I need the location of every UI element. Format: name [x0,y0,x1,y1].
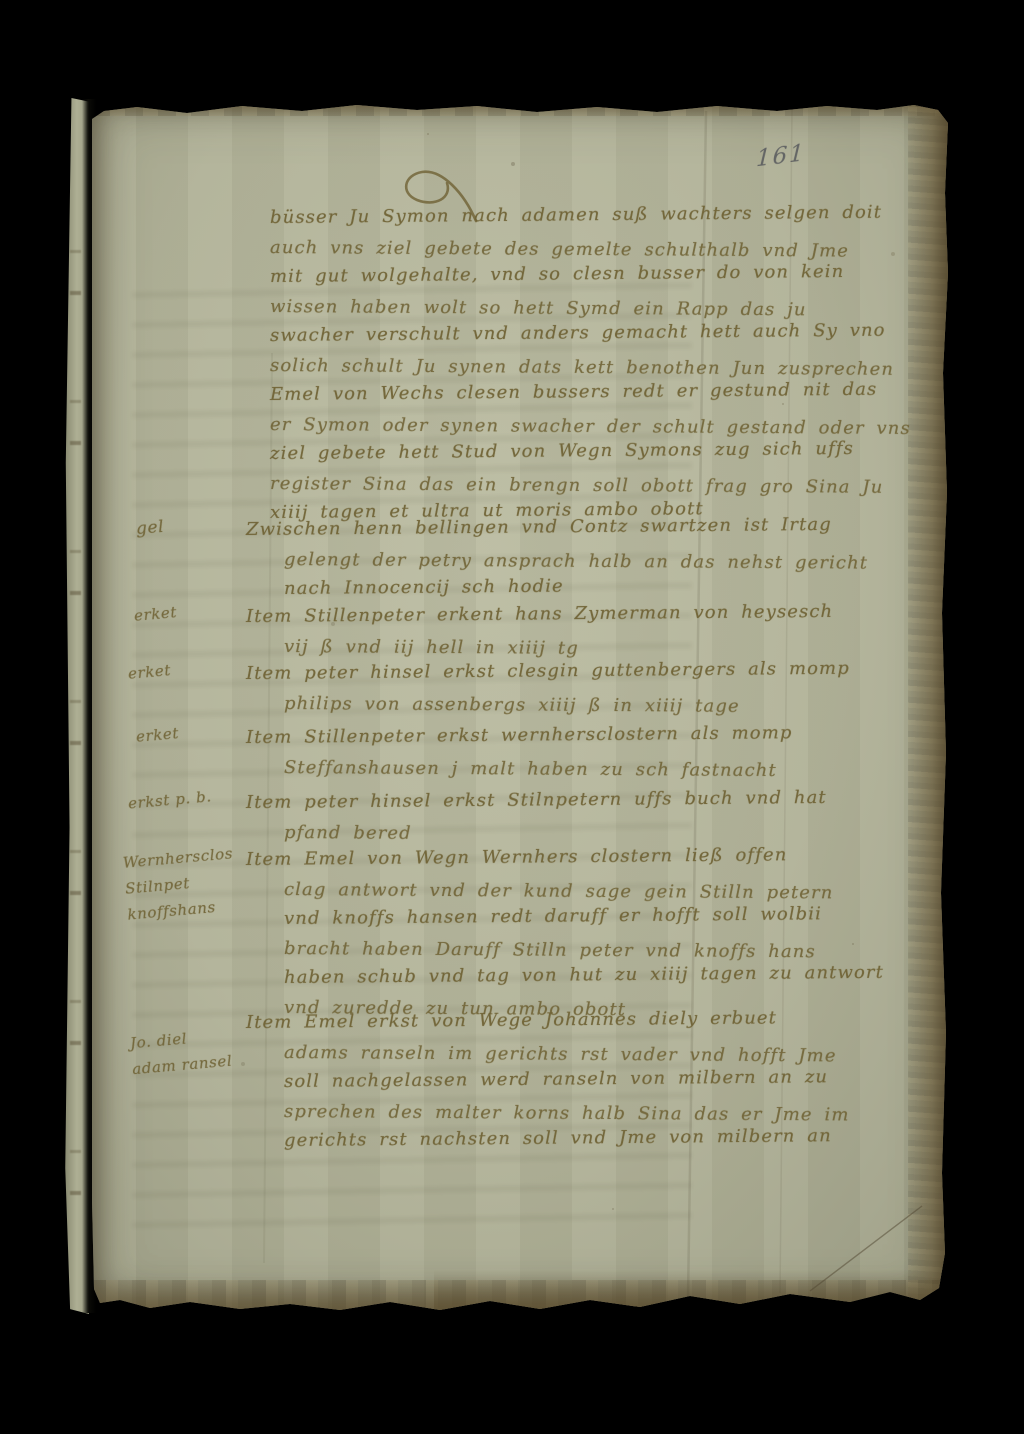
margin-note: erket [135,720,180,750]
handwritten-line: Item peter hinsel erkst Stilnpetern uffs… [246,783,827,817]
handwritten-line: Item Stillenpeter erkst wernhersclostern… [246,718,793,752]
margin-note: erket [127,657,172,687]
handwritten-line: ziel gebete hett Stud von Wegn Symons zu… [270,433,911,468]
margin-note-line: erket [127,657,172,687]
handwritten-line: Item peter hinsel erkst clesgin guttenbe… [246,654,850,688]
manuscript-section: Item Emel von Wegn Wernhers clostern lie… [270,845,884,1022]
book-page: 161 büsser Ju Symon nach adamen suß wach… [92,103,948,1310]
handwritten-line: Item Emel von Wegn Wernhers clostern lie… [246,839,884,874]
handwritten-line: Emel von Wechs clesen bussers redt er ge… [270,374,911,409]
margin-note-line: erket [135,720,180,750]
handwritten-line: haben schub vnd tag von hut zu xiiij tag… [284,958,884,992]
manuscript-section: Zwischen henn bellingen vnd Contz swartz… [270,515,868,603]
manuscript-section: büsser Ju Symon nach adamen suß wachters… [270,203,911,527]
handwritten-line: Zwischen henn bellingen vnd Contz swartz… [246,510,868,544]
handwritten-line: büsser Ju Symon nach adamen suß wachters… [270,197,911,232]
handwritten-line: vnd knoffs hansen redt daruff er hofft s… [284,899,884,933]
handwritten-line: soll nachgelassen werd ranseln von milbe… [284,1062,850,1096]
margin-note: erkst p. b. [127,783,213,816]
margin-note: WernhersclosStilnpetknoffshans [122,840,239,927]
manuscript-section: Item Stillenpeter erkent hans Zymerman v… [270,602,833,661]
handwritten-line: philips von assenbergs xiiij ß in xiiij … [284,689,850,721]
handwritten-line: mit gut wolgehalte, vnd so clesn busser … [270,256,911,291]
manuscript-section: Item peter hinsel erkst clesgin guttenbe… [270,659,850,718]
handwritten-line: gerichts rst nachsten soll vnd Jme von m… [284,1121,850,1155]
handwritten-line: Steffanshausen j malt haben zu sch fastn… [284,753,793,785]
margin-note: gel [135,514,165,542]
margin-note: erket [133,599,178,629]
margin-note: Jo. dieladam ransel [129,1022,233,1083]
margin-note-line: erkst p. b. [127,783,213,816]
handwritten-line: swacher verschult vnd anders gemacht het… [270,315,911,350]
manuscript-text: büsser Ju Symon nach adamen suß wachters… [92,103,948,1310]
manuscript-section: Item Stillenpeter erkst wernhersclostern… [270,723,793,782]
manuscript-section: Item Emel erkst von Wege Johannes diely … [270,1008,850,1155]
margin-note-line: gel [135,514,165,542]
margin-note-line: erket [133,599,178,629]
handwritten-line: Item Emel erkst von Wege Johannes diely … [246,1003,850,1037]
handwritten-line: Item Stillenpeter erkent hans Zymerman v… [246,597,833,631]
manuscript-scan: 161 büsser Ju Symon nach adamen suß wach… [0,0,1024,1434]
manuscript-section: Item peter hinsel erkst Stilnpetern uffs… [270,788,827,847]
